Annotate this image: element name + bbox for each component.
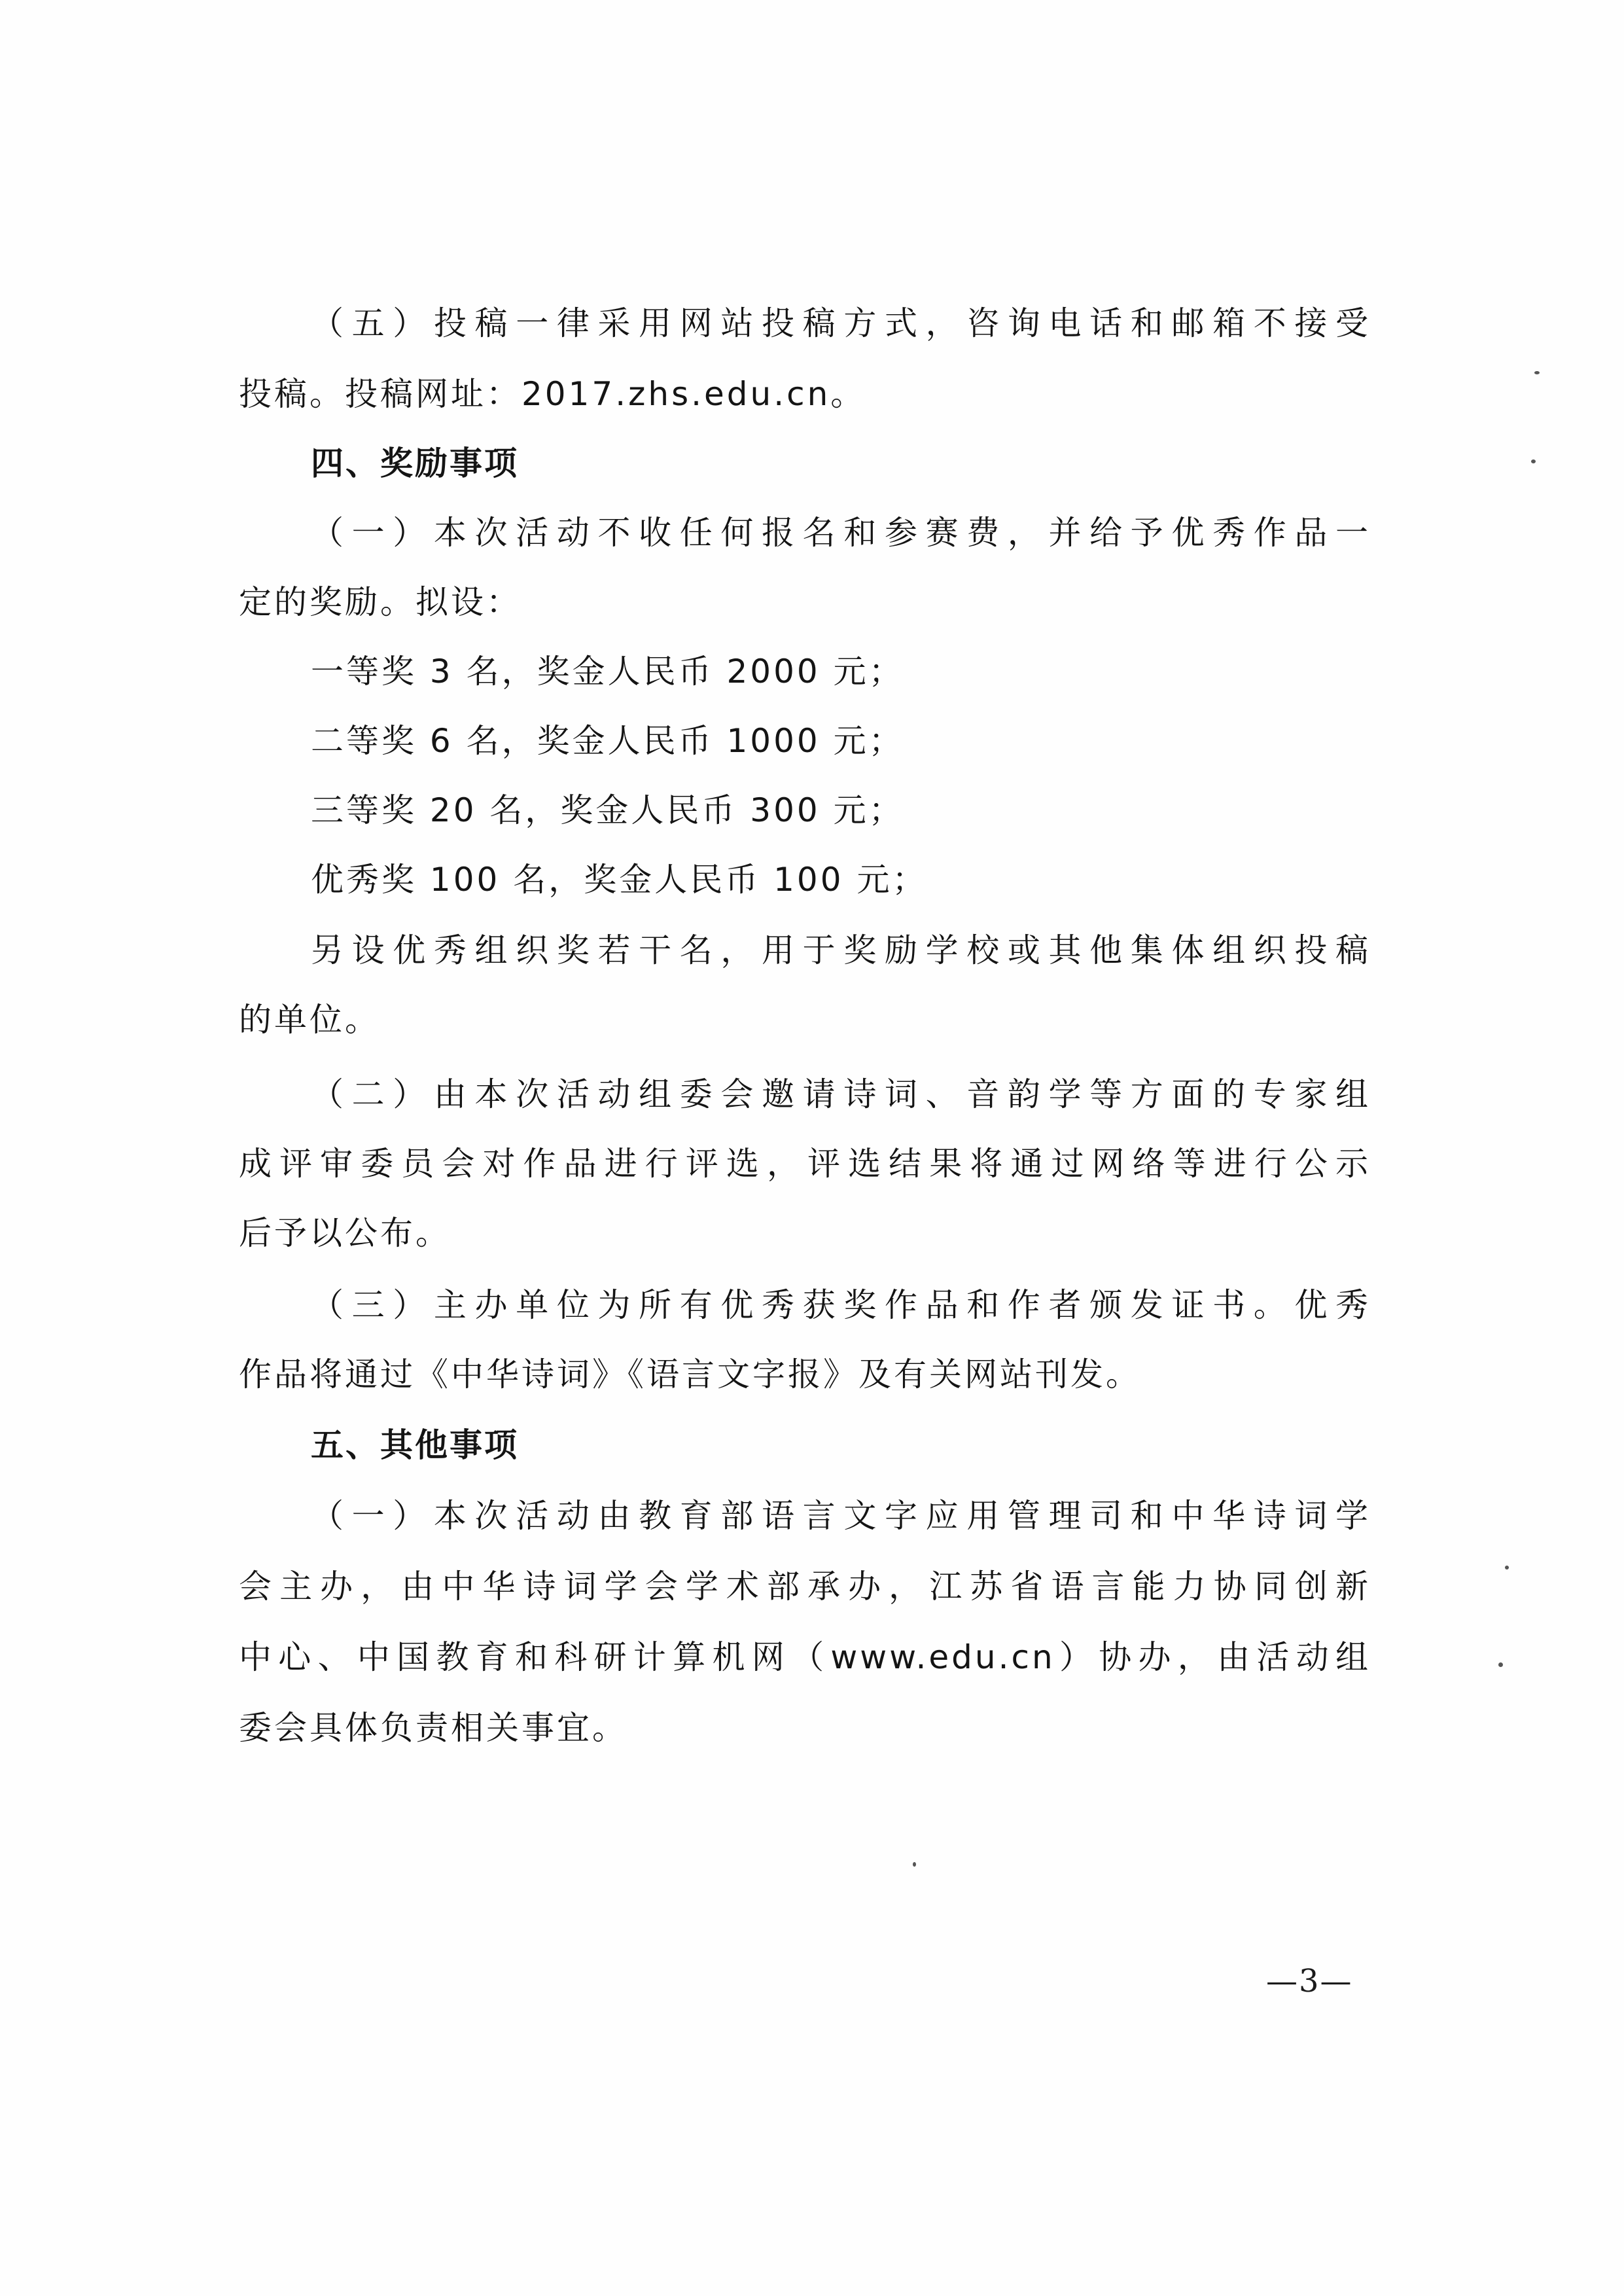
paragraph-awards-intro-line-2: 定的奖励。拟设：	[239, 581, 1371, 623]
section-heading-awards: 四、奖励事项	[311, 442, 1371, 484]
paragraph-awards-intro-line-1: （一）本次活动不收任何报名和参赛费，并给予优秀作品一	[311, 512, 1371, 554]
paragraph-judging-line-3: 后予以公布。	[239, 1212, 1371, 1254]
paragraph-organization-award-line-2: 的单位。	[239, 999, 1371, 1041]
paragraph-submission-line-2: 投稿。投稿网址：2017.zhs.edu.cn。	[239, 373, 1371, 415]
paragraph-judging-line-2: 成评审委员会对作品进行评选，评选结果将通过网络等进行公示	[239, 1143, 1371, 1185]
document-page: （五）投稿一律采用网站投稿方式，咨询电话和邮箱不接受 投稿。投稿网址：2017.…	[0, 0, 1624, 2296]
paragraph-organizers-line-3: 中心、中国教育和科研计算机网（www.edu.cn）协办，由活动组	[239, 1636, 1371, 1678]
scan-speck	[1505, 1566, 1509, 1570]
paragraph-certificates-line-1: （三）主办单位为所有优秀获奖作品和作者颁发证书。优秀	[311, 1284, 1371, 1326]
scan-speck	[1531, 459, 1536, 463]
scan-speck	[1534, 371, 1540, 374]
paragraph-organizers-line-1: （一）本次活动由教育部语言文字应用管理司和中华诗词学	[311, 1495, 1371, 1537]
scan-speck	[913, 1862, 916, 1867]
award-third-prize: 三等奖 20 名，奖金人民币 300 元；	[311, 789, 1371, 831]
paragraph-submission-line-1: （五）投稿一律采用网站投稿方式，咨询电话和邮箱不接受	[311, 302, 1371, 344]
paragraph-certificates-line-2: 作品将通过《中华诗词》《语言文字报》及有关网站刊发。	[239, 1354, 1371, 1395]
section-heading-other: 五、其他事项	[311, 1424, 1371, 1466]
award-first-prize: 一等奖 3 名，奖金人民币 2000 元；	[311, 651, 1371, 692]
paragraph-organizers-line-4: 委会具体负责相关事宜。	[239, 1707, 1371, 1749]
paragraph-organizers-line-2: 会主办，由中华诗词学会学术部承办，江苏省语言能力协同创新	[239, 1566, 1371, 1607]
award-excellence-prize: 优秀奖 100 名，奖金人民币 100 元；	[311, 859, 1371, 901]
page-number: —3—	[1266, 1962, 1353, 2001]
scan-speck	[1498, 1662, 1503, 1667]
paragraph-judging-line-1: （二）由本次活动组委会邀请诗词、音韵学等方面的专家组	[311, 1073, 1371, 1115]
paragraph-organization-award-line-1: 另设优秀组织奖若干名，用于奖励学校或其他集体组织投稿	[311, 929, 1371, 971]
award-second-prize: 二等奖 6 名，奖金人民币 1000 元；	[311, 720, 1371, 762]
